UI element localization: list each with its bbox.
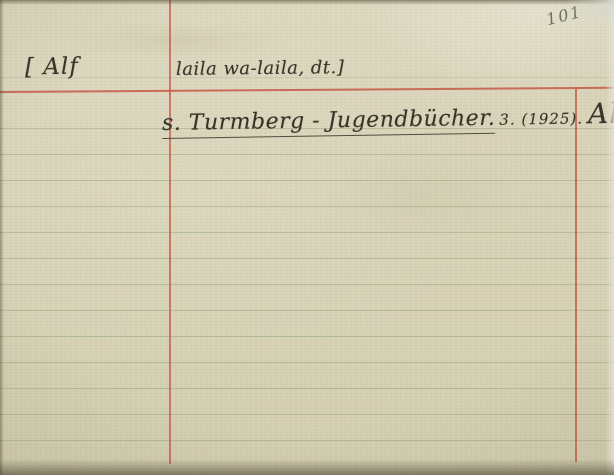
red-margin-rule-right: [575, 89, 577, 462]
ruled-lines: [0, 128, 614, 456]
card-edge-highlight-right: [605, 0, 614, 475]
entry-see-reference: s. Turmberg - Jugendbücher.: [162, 106, 496, 139]
heading-title-text: laila wa-laila, dt.]: [176, 57, 345, 80]
card-corner-background: [568, 0, 614, 26]
card-edge-shadow-top: [0, 0, 614, 5]
paper-stain: [320, 150, 520, 240]
card-edge-shadow-bottom: [0, 459, 614, 475]
catalog-card: 101 [ Alf laila wa-laila, dt.] s. Turmbe…: [0, 0, 614, 475]
entry-volume-year: 3. (1925).: [499, 109, 583, 128]
heading-bracket-text: [ Alf: [25, 54, 79, 81]
red-margin-rule-left: [169, 0, 171, 464]
red-header-rule: [0, 87, 614, 93]
entry-line: s. Turmberg - Jugendbücher. 3. (1925). A…: [162, 95, 614, 139]
card-edge-shadow-left: [0, 0, 4, 475]
paper-stain: [60, 20, 290, 60]
